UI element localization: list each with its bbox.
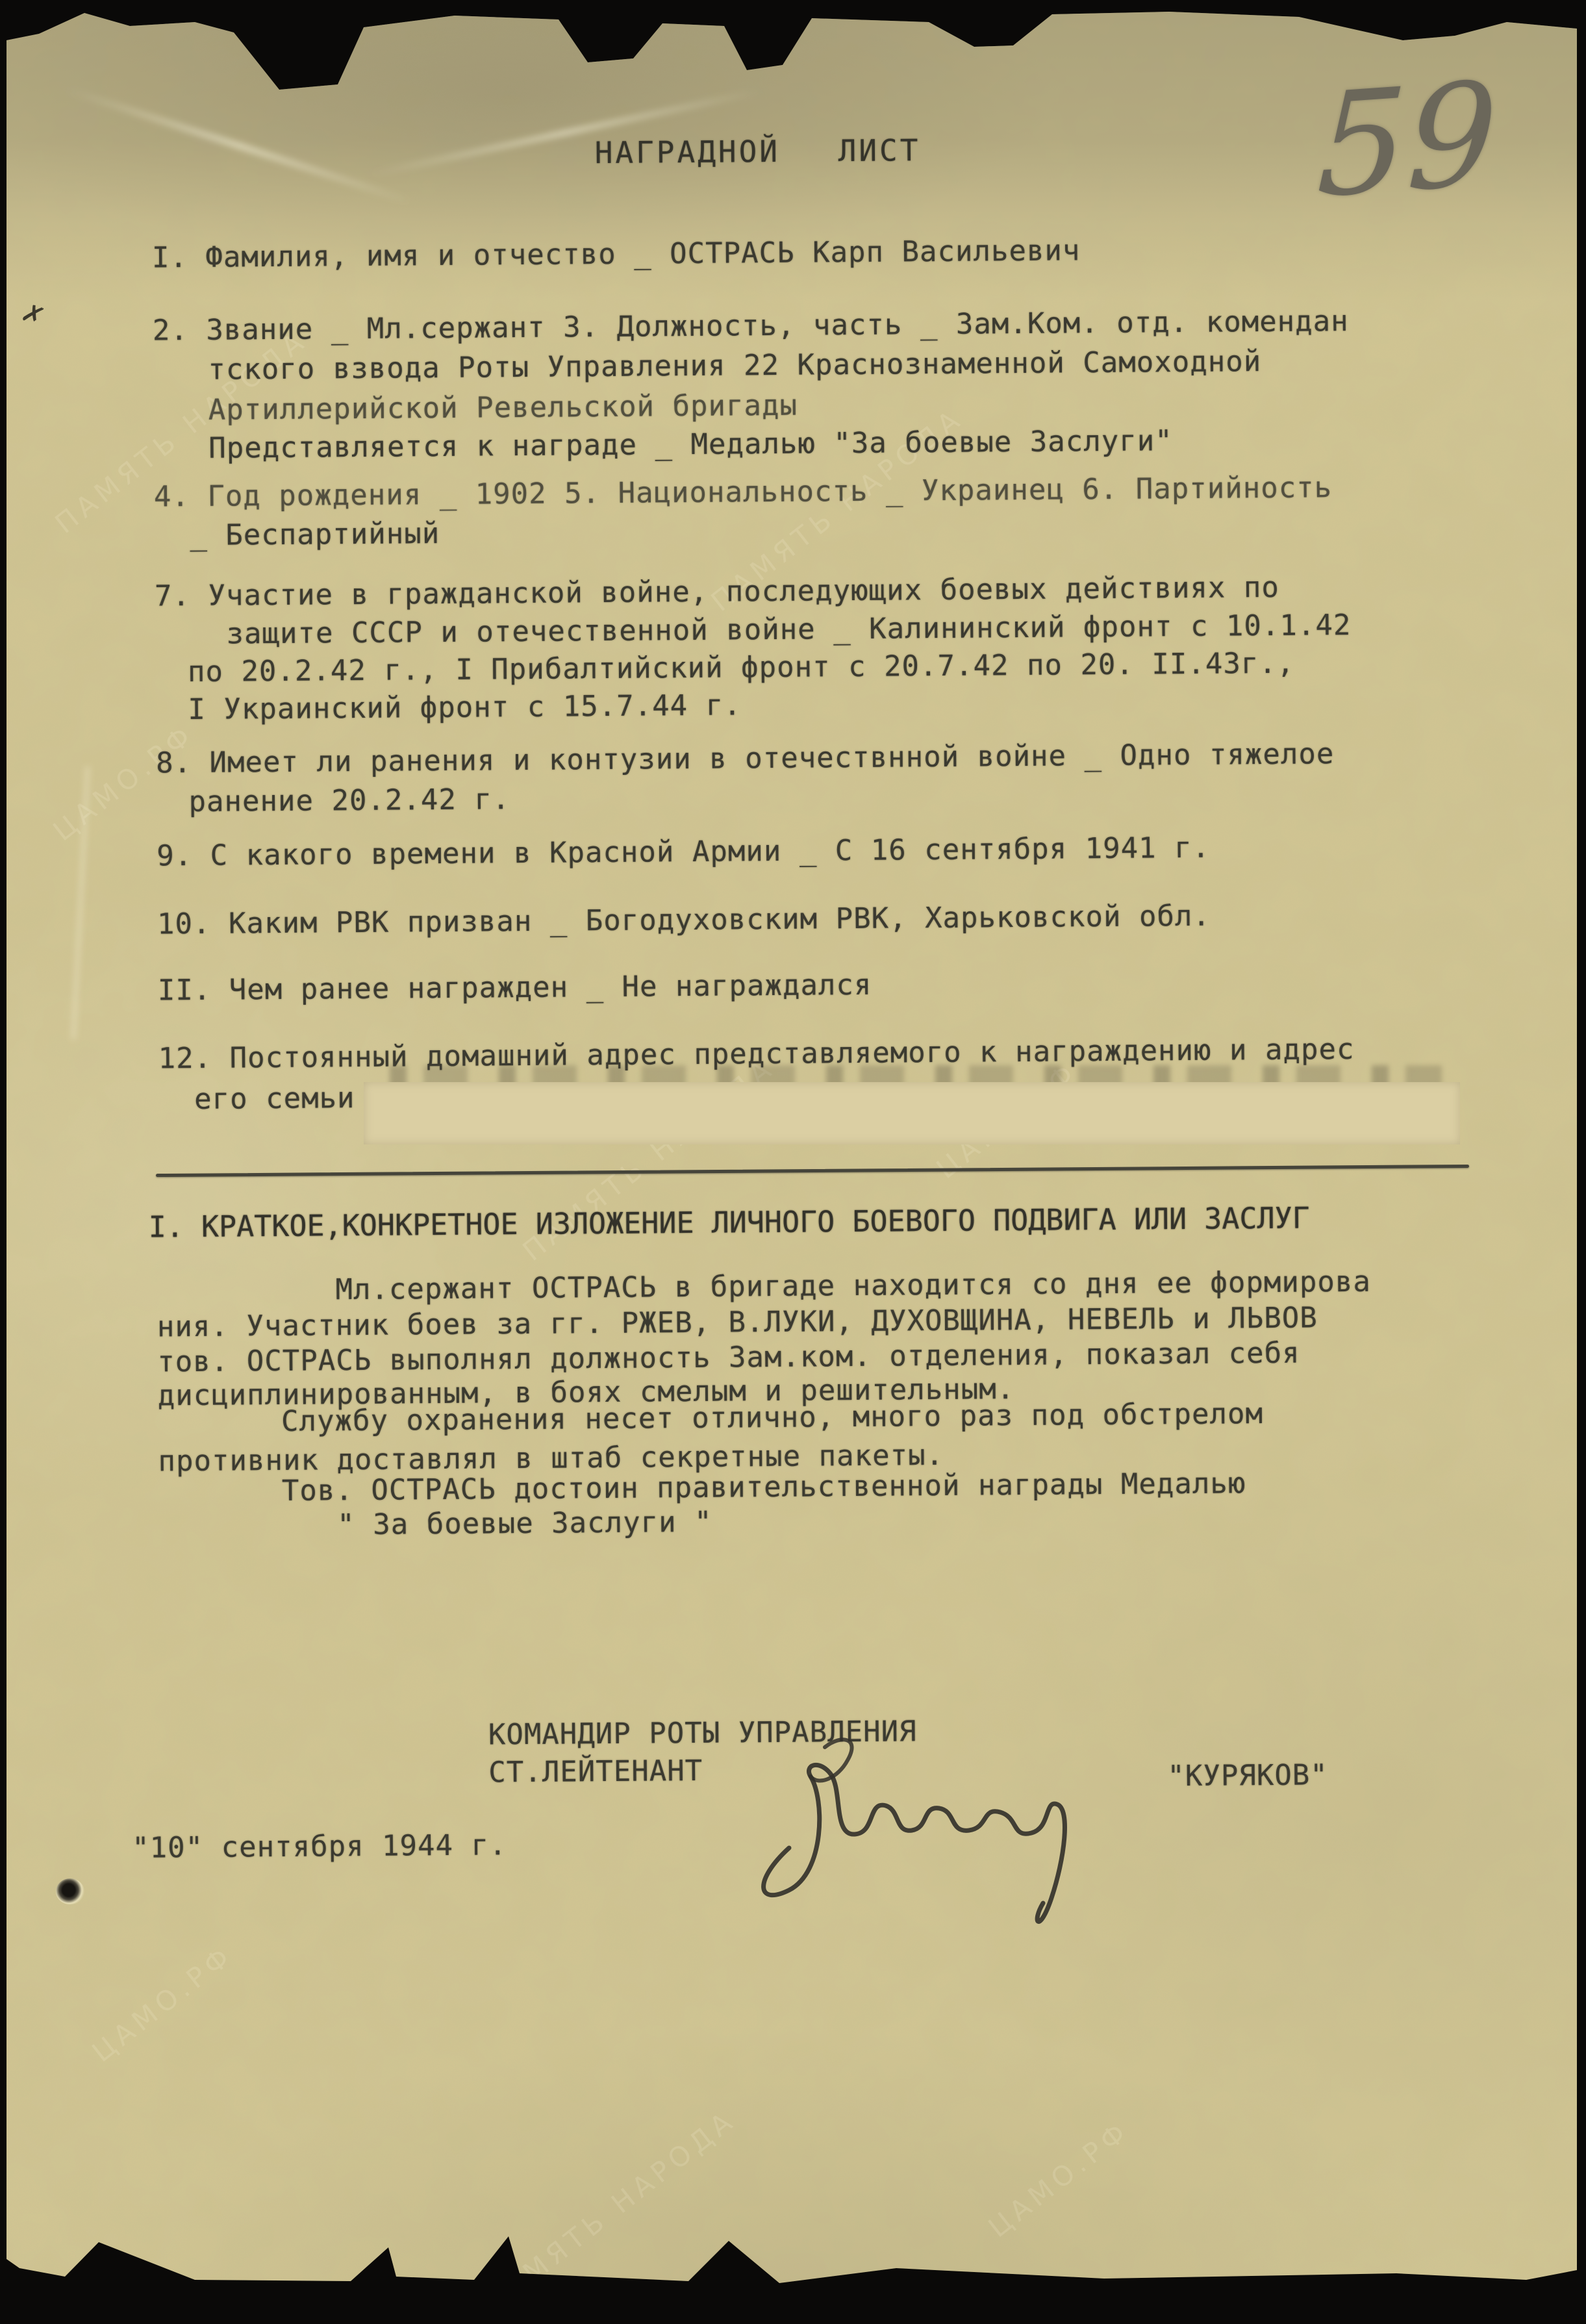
field-4-birth-line-2: _ Беспартийный	[190, 518, 440, 553]
section-1-heading: I. КРАТКОЕ,КОНКРЕТНОЕ ИЗЛОЖЕНИЕ ЛИЧНОГО …	[148, 1202, 1309, 1244]
field-8-wounds-line-2: ранение 20.2.42 г.	[188, 783, 510, 818]
paper-hole	[56, 1878, 84, 1904]
citation-line-5: Службу охранения несет отлично, много ра…	[281, 1398, 1263, 1438]
field-12-address-line-1: 12. Постоянный домашний адрес представля…	[158, 1033, 1354, 1076]
pencil-page-number: 59	[1315, 64, 1500, 218]
field-9-army-since: 9. С какого времени в Красной Армии _ С …	[157, 832, 1210, 873]
field-4-birth-line-1: 4. Год рождения _ 1902 5. Национальность…	[154, 472, 1333, 514]
handwritten-signature	[727, 1708, 1130, 1942]
field-11-prior-awards: II. Чем ранее награжден _ Не награждался	[158, 969, 872, 1007]
citation-line-1: Мл.сержант ОСТРАСЬ в бригаде находится с…	[335, 1266, 1371, 1307]
citation-line-3: тов. ОСТРАСЬ выполнял должность Зам.ком.…	[157, 1337, 1300, 1379]
field-2-award-line: Представляется к награде _ Медалью "За б…	[208, 425, 1173, 465]
field-2-rank-line-3: Артиллерийской Ревельской бригады	[208, 390, 798, 427]
citation-line-7: Тов. ОСТРАСЬ достоин правительственной н…	[282, 1467, 1246, 1508]
typewritten-text-layer: НАГРАДНОЙ ЛИСТ I. Фамилия, имя и отчеств…	[0, 0, 1586, 2324]
field-7-service-line-1: 7. Участие в гражданской войне, последую…	[155, 572, 1279, 613]
signer-surname: "КУРЯКОВ"	[1167, 1759, 1328, 1793]
field-7-service-line-4: I Украинский фронт с 15.7.44 г.	[188, 689, 742, 726]
field-2-rank-line-2: тского взвода Роты Управления 22 Красноз…	[208, 346, 1261, 386]
paper-sheet: ПАМЯТЬ НАРОДА ЦАМО.РФ ПАМЯТЬ НАРОДА ЦАМО…	[0, 0, 1586, 2324]
field-1-name: I. Фамилия, имя и отчество _ ОСТРАСЬ Кар…	[152, 234, 1081, 275]
field-8-wounds-line-1: 8. Имеет ли ранения и контузии в отечест…	[156, 738, 1335, 780]
field-7-service-line-2: защите СССР и отечественной войне _ Кали…	[226, 609, 1351, 651]
document-title: НАГРАДНОЙ ЛИСТ	[595, 133, 921, 170]
document-date: "10" сентября 1944 г.	[132, 1829, 507, 1865]
field-12-address-line-2: его семьи	[194, 1082, 355, 1117]
signer-rank: СТ.ЛЕЙТЕНАНТ	[488, 1755, 703, 1789]
field-10-drafted-by: 10. Каким РВК призван _ Богодуховским РВ…	[157, 900, 1211, 941]
citation-line-8: " За боевые Заслуги "	[337, 1506, 712, 1542]
field-2-rank-line-1: 2. Звание _ Мл.сержант 3. Должность, час…	[153, 305, 1349, 347]
scanned-award-sheet: ПАМЯТЬ НАРОДА ЦАМО.РФ ПАМЯТЬ НАРОДА ЦАМО…	[0, 0, 1586, 2324]
field-7-service-line-3: по 20.2.42 г., I Прибалтийский фронт с 2…	[188, 648, 1295, 689]
